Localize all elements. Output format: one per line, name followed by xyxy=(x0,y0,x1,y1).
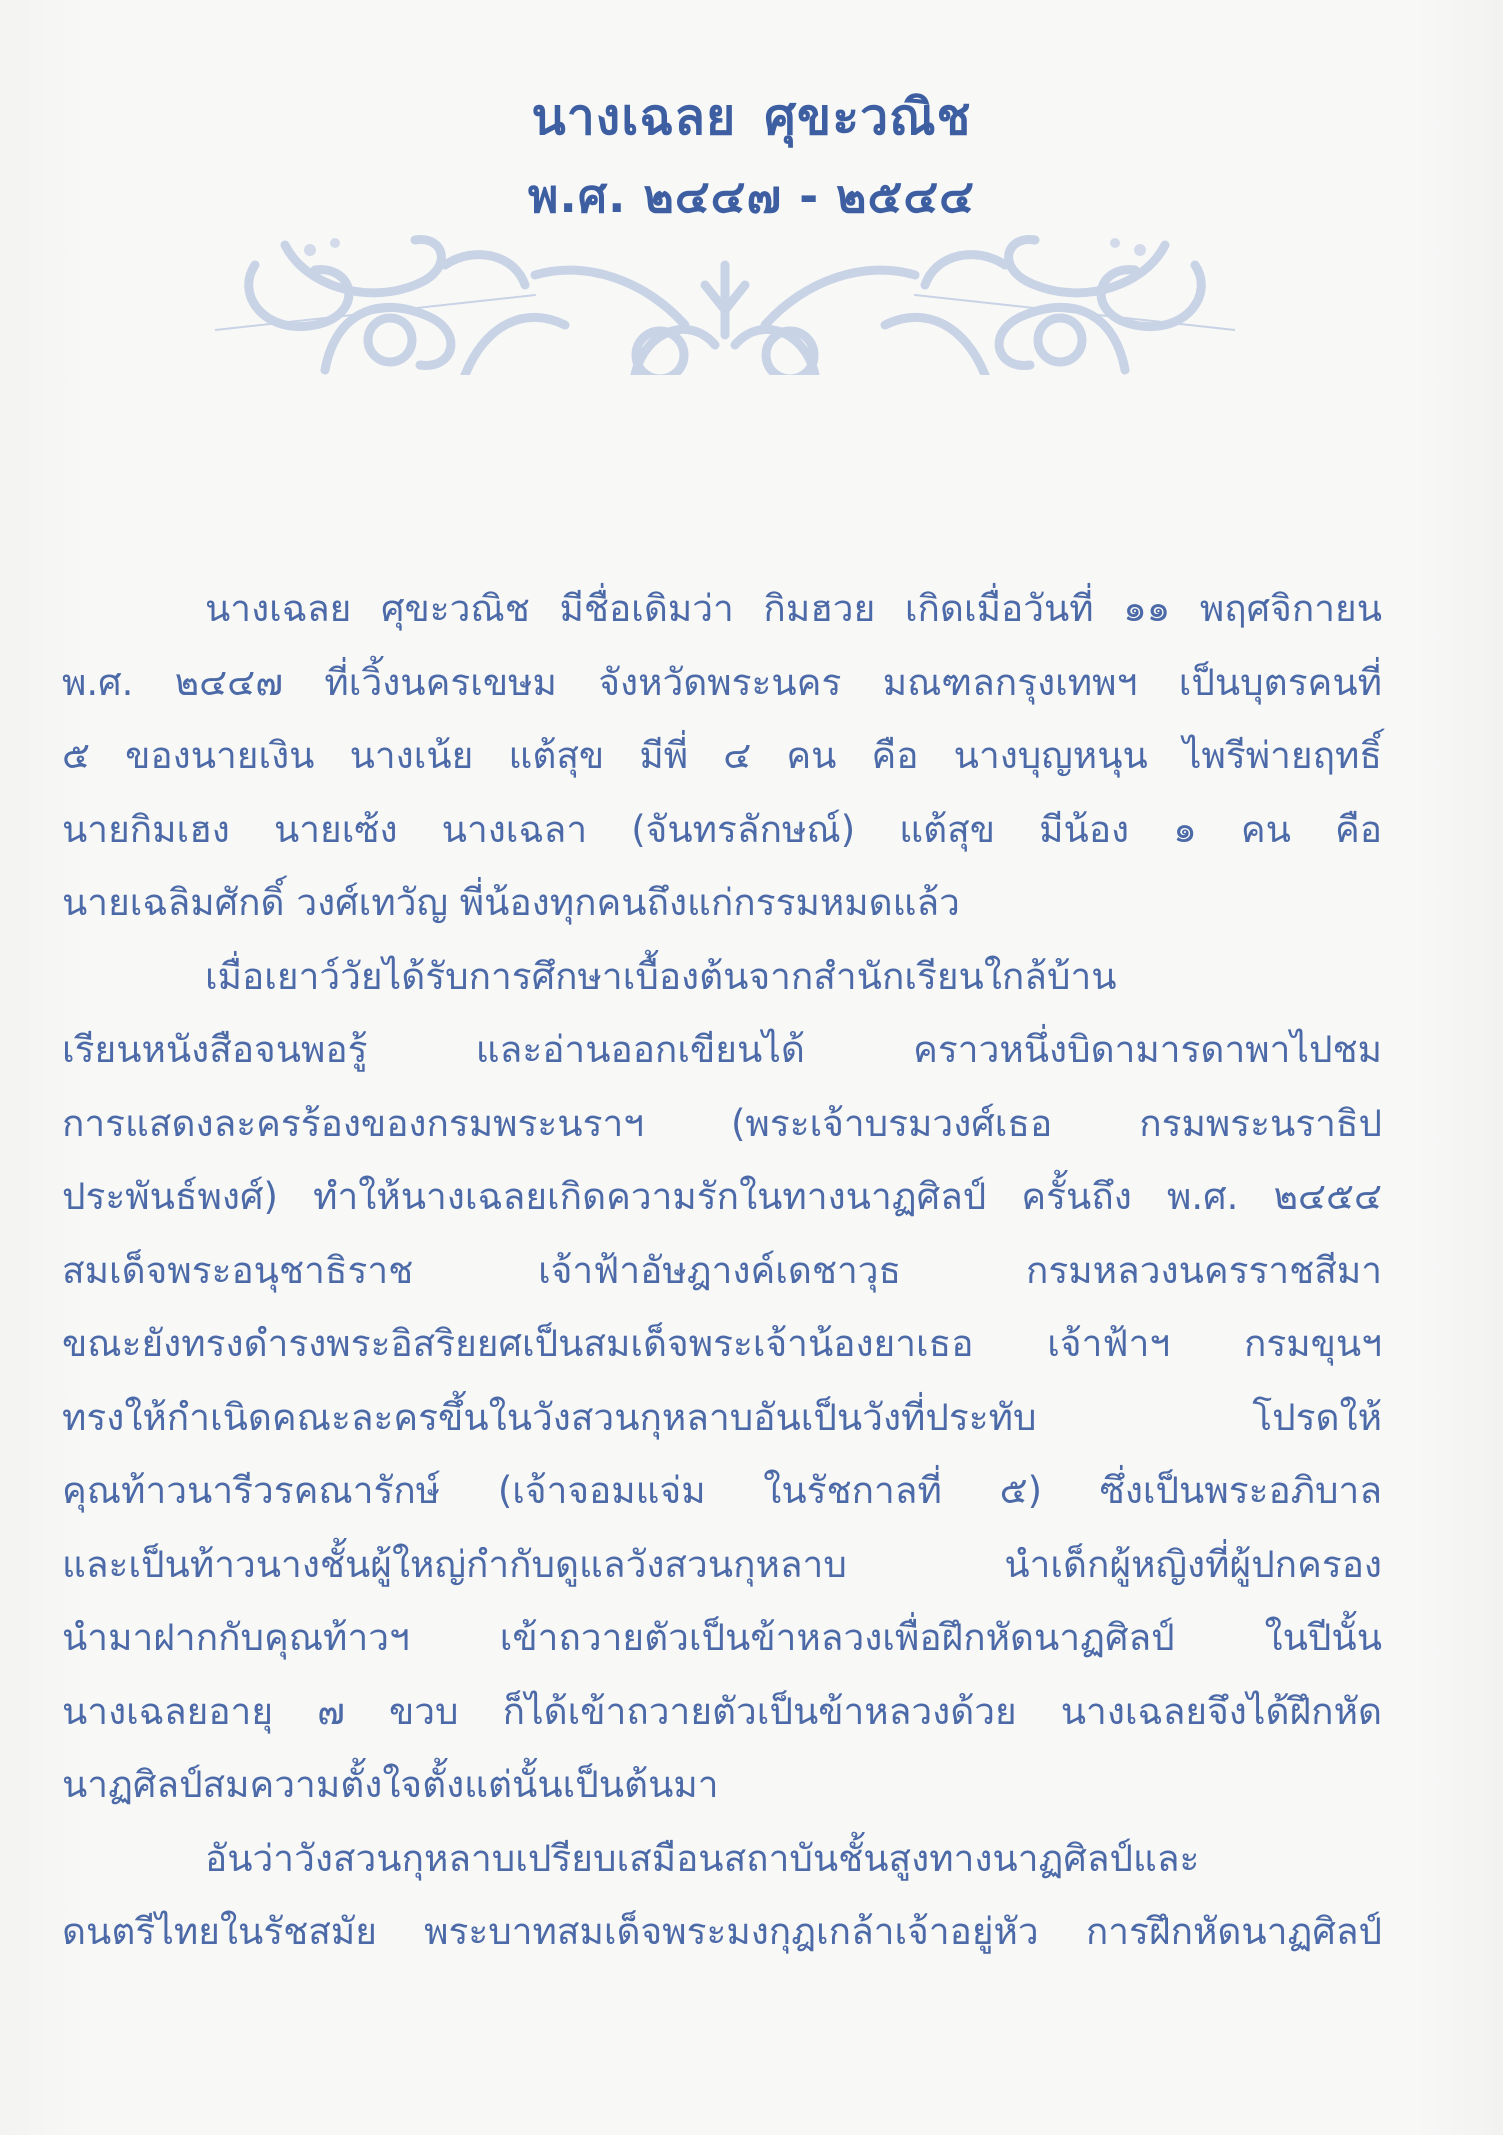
life-years: พ.ศ. ๒๔๔๗ - ๒๕๔๔ xyxy=(0,160,1503,233)
text-line: ๕ ของนายเงิน นางเน้ย แต้สุข มีพี่ ๔ คน ค… xyxy=(62,719,1382,793)
text-line: ประพันธ์พงศ์) ทำให้นางเฉลยเกิดความรักในท… xyxy=(62,1160,1382,1234)
title-first-name: นางเฉลย xyxy=(532,88,737,146)
text-line: ขณะยังทรงดำรงพระอิสริยยศเป็นสมเด็จพระเจ้… xyxy=(62,1307,1382,1381)
text-line: นางเฉลยอายุ ๗ ขวบ ก็ได้เข้าถวายตัวเป็นข้… xyxy=(62,1675,1382,1749)
text-line: เมื่อเยาว์วัยได้รับการศึกษาเบื้องต้นจากส… xyxy=(62,940,1382,1014)
text-line: ทรงให้กำเนิดคณะละครขึ้นในวังสวนกุหลาบอัน… xyxy=(62,1381,1382,1455)
text-line: สมเด็จพระอนุชาธิราช เจ้าฟ้าอัษฎางค์เดชาว… xyxy=(62,1234,1382,1308)
text-line: พ.ศ. ๒๔๔๗ ที่เวิ้งนครเขษม จังหวัดพระนคร … xyxy=(62,646,1382,720)
text-line: ดนตรีไทยในรัชสมัย พระบาทสมเด็จพระมงกุฎเก… xyxy=(62,1895,1382,1969)
book-page: นางเฉลยศุขะวณิช พ.ศ. ๒๔๔๗ - ๒๕๔๔ xyxy=(0,0,1503,2135)
text-line: นำมาฝากกับคุณท้าวฯ เข้าถวายตัวเป็นข้าหลว… xyxy=(62,1601,1382,1675)
text-line: นางเฉลย ศุขะวณิช มีชื่อเดิมว่า กิมฮวย เก… xyxy=(62,572,1382,646)
text-line: เรียนหนังสือจนพอรู้ และอ่านออกเขียนได้ ค… xyxy=(62,1013,1382,1087)
text-line: และเป็นท้าวนางชั้นผู้ใหญ่กำกับดูแลวังสวน… xyxy=(62,1528,1382,1602)
text-line: การแสดงละครร้องของกรมพระนราฯ (พระเจ้าบรม… xyxy=(62,1087,1382,1161)
text-line: อันว่าวังสวนกุหลาบเปรียบเสมือนสถาบันชั้น… xyxy=(62,1822,1382,1896)
floral-flourish-icon xyxy=(215,225,1235,375)
page-title: นางเฉลยศุขะวณิช xyxy=(0,78,1503,157)
text-line: นาฏศิลป์สมความตั้งใจตั้งแต่นั้นเป็นต้นมา xyxy=(62,1748,1382,1822)
text-line: นายเฉลิมศักดิ์ วงศ์เทวัญ พี่น้องทุกคนถึง… xyxy=(62,866,1382,940)
biography-text: นางเฉลย ศุขะวณิช มีชื่อเดิมว่า กิมฮวย เก… xyxy=(62,572,1382,1969)
title-surname: ศุขะวณิช xyxy=(764,88,971,146)
text-line: คุณท้าวนารีวรคณารักษ์ (เจ้าจอมแจ่ม ในรัช… xyxy=(62,1454,1382,1528)
text-line: นายกิมเฮง นายเซ้ง นางเฉลา (จันทรลักษณ์) … xyxy=(62,793,1382,867)
